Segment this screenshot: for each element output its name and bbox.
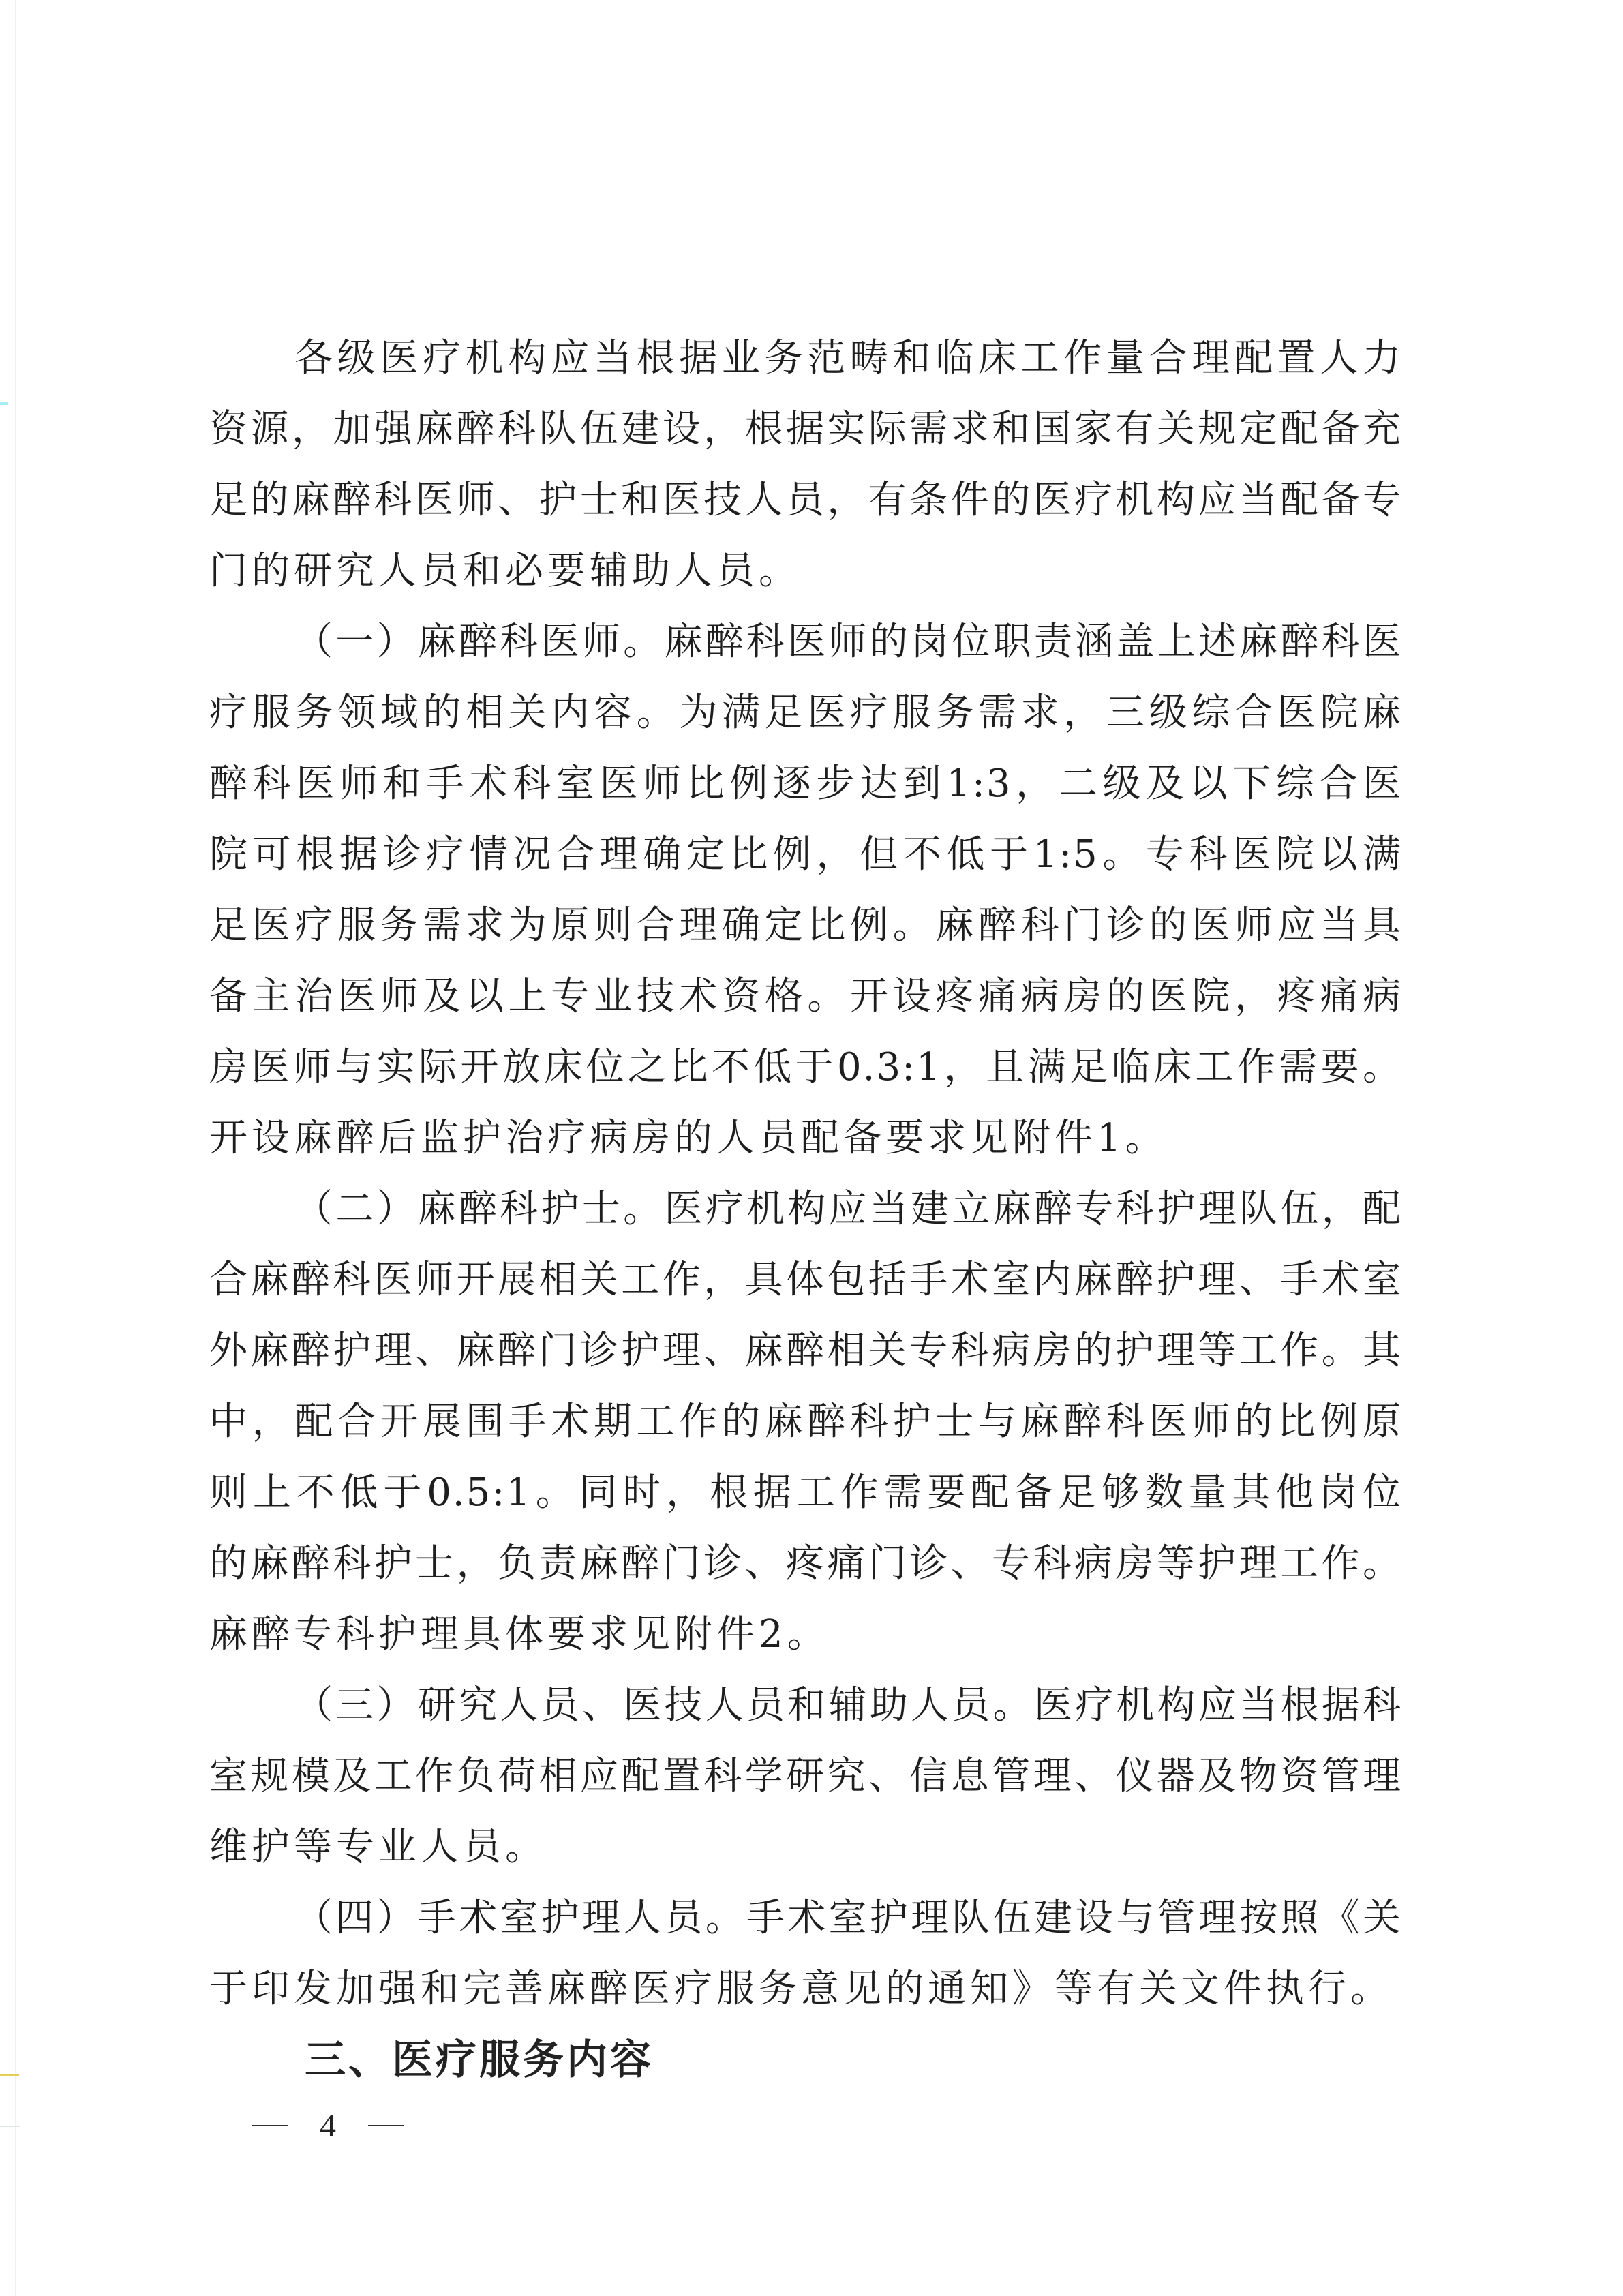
text-run: 医疗机构应当建立麻醉专科护理队伍，配 [664, 1187, 1402, 1231]
text-line: 合麻醉科医师开展相关工作，具体包括手术室内麻醉护理、手术室 [209, 1245, 1402, 1316]
subheading: （一）麻醉科医师。 [294, 620, 664, 664]
paragraph-anesthesia-nurses: （二）麻醉科护士。医疗机构应当建立麻醉专科护理队伍，配 合麻醉科医师开展相关工作… [209, 1174, 1402, 1670]
document-body: 各级医疗机构应当根据业务范畴和临床工作量合理配置人力 资源，加强麻醉科队伍建设，… [209, 323, 1402, 2025]
text-line: 院可根据诊疗情况合理确定比例，但不低于1:5。专科医院以满 [209, 819, 1402, 890]
scan-edge-line [15, 0, 16, 2296]
text-line: 开设麻醉后监护治疗病房的人员配备要求见附件1。 [209, 1103, 1402, 1174]
text-line: （四）手术室护理人员。手术室护理队伍建设与管理按照《关 [209, 1883, 1402, 1954]
scan-mark [0, 402, 8, 405]
text-line: 醉科医师和手术科室医师比例逐步达到1:3，二级及以下综合医 [209, 749, 1402, 819]
text-line: 维护等专业人员。 [209, 1812, 1402, 1883]
text-line: 于印发加强和完善麻醉医疗服务意见的通知》等有关文件执行。 [209, 1954, 1402, 2025]
text-line: 足医疗服务需求为原则合理确定比例。麻醉科门诊的医师应当具 [209, 890, 1402, 961]
text-line: 的麻醉科护士，负责麻醉门诊、疼痛门诊、专科病房等护理工作。 [209, 1528, 1402, 1599]
text-line: 房医师与实际开放床位之比不低于0.3:1，且满足临床工作需要。 [209, 1032, 1402, 1103]
text-line: 足的麻醉科医师、护士和医技人员，有条件的医疗机构应当配备专 [209, 465, 1402, 536]
text-line: （二）麻醉科护士。医疗机构应当建立麻醉专科护理队伍，配 [209, 1174, 1402, 1245]
text-line: 中，配合开展围手术期工作的麻醉科护士与麻醉科医师的比例原 [209, 1387, 1402, 1457]
text-line: 疗服务领域的相关内容。为满足医疗服务需求，三级综合医院麻 [209, 678, 1402, 749]
text-line: （一）麻醉科医师。麻醉科医师的岗位职责涵盖上述麻醉科医 [209, 607, 1402, 678]
text-line: 资源，加强麻醉科队伍建设，根据实际需求和国家有关规定配备充 [209, 394, 1402, 465]
text-line: 麻醉专科护理具体要求见附件2。 [209, 1599, 1402, 1670]
subheading: （四）手术室护理人员。 [294, 1896, 746, 1940]
subheading: （三）研究人员、医技人员和辅助人员。 [294, 1683, 1034, 1727]
subheading: （二）麻醉科护士。 [294, 1187, 664, 1231]
text-line: 门的研究人员和必要辅助人员。 [209, 536, 1402, 607]
text-line: 备主治医师及以上专业技术资格。开设疼痛病房的医院，疼痛病 [209, 961, 1402, 1032]
text-line: 外麻醉护理、麻醉门诊护理、麻醉相关专科病房的护理等工作。其 [209, 1316, 1402, 1387]
paragraph-or-nursing: （四）手术室护理人员。手术室护理队伍建设与管理按照《关 于印发加强和完善麻醉医疗… [209, 1883, 1402, 2025]
scan-mark [0, 2074, 19, 2076]
text-line: 则上不低于0.5:1。同时，根据工作需要配备足够数量其他岗位 [209, 1457, 1402, 1528]
paragraph-research-staff: （三）研究人员、医技人员和辅助人员。医疗机构应当根据科 室规模及工作负荷相应配置… [209, 1670, 1402, 1883]
text-run: 手术室护理队伍建设与管理按照《关 [746, 1896, 1402, 1940]
page-number: 4 [252, 2105, 404, 2146]
page-number-value: 4 [320, 2107, 336, 2145]
section-heading: 三、医疗服务内容 [305, 2025, 654, 2096]
text-line: 各级医疗机构应当根据业务范畴和临床工作量合理配置人力 [209, 323, 1402, 394]
dash-right [368, 2125, 404, 2126]
paragraph-intro: 各级医疗机构应当根据业务范畴和临床工作量合理配置人力 资源，加强麻醉科队伍建设，… [209, 323, 1402, 607]
scan-mark [0, 2126, 20, 2127]
text-run: 麻醉科医师的岗位职责涵盖上述麻醉科医 [664, 620, 1402, 664]
paragraph-anesthesiologists: （一）麻醉科医师。麻醉科医师的岗位职责涵盖上述麻醉科医 疗服务领域的相关内容。为… [209, 607, 1402, 1174]
dash-left [252, 2125, 288, 2126]
text-line: 室规模及工作负荷相应配置科学研究、信息管理、仪器及物资管理 [209, 1741, 1402, 1812]
text-run: 医疗机构应当根据科 [1034, 1683, 1402, 1727]
text-line: （三）研究人员、医技人员和辅助人员。医疗机构应当根据科 [209, 1670, 1402, 1741]
